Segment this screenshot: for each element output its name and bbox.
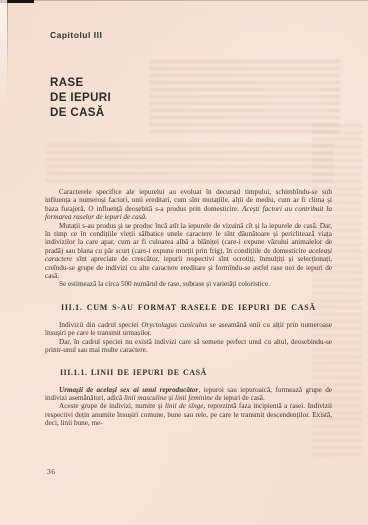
- page-gutter: [0, 0, 7, 120]
- bleed-through-text: [46, 140, 334, 184]
- chapter-title-line: DE IEPURI: [50, 91, 111, 106]
- paragraph-text-italic: linii feminine: [175, 394, 213, 402]
- paragraph-text: Dar, în cadrul speciei nu există indiviz…: [45, 338, 332, 354]
- body-paragraph: Indivizii din cadrul speciei Oryctolagus…: [45, 321, 332, 338]
- bleed-through-text: [150, 56, 340, 134]
- subsection-heading: III.1.1. LINII DE IEPURI DE CASĂ: [60, 368, 332, 377]
- body-paragraph: Aceste grupe de indivizi, numite și lini…: [45, 402, 332, 427]
- paragraph-text: Se estimează la circa 500 numărul de ras…: [59, 280, 270, 288]
- page-gutter-line: [7, 0, 8, 78]
- body-paragraph: Dar, în cadrul speciei nu există indiviz…: [45, 338, 332, 355]
- paragraph-text: de iepuri de casă.: [213, 394, 265, 402]
- body-paragraph: Caracterele specifice ale iepurelui au e…: [45, 188, 332, 222]
- body-paragraph: Mutații s-au produs și se produc încă at…: [45, 222, 332, 281]
- body-paragraph: Urmașii de același sex ai unui reproducă…: [45, 386, 332, 403]
- chapter-title-line: DE CASĂ: [50, 106, 111, 121]
- paragraph-text: Mutații s-au produs și se produc încă at…: [45, 222, 332, 255]
- paragraph-text-italic: linii masculine: [124, 394, 167, 402]
- page-number: 36: [47, 467, 56, 476]
- book-page: Capitolul III RASE DE IEPURI DE CASĂ Car…: [0, 0, 368, 525]
- paragraph-text: sînt apreciate de crescător, iepurii res…: [45, 255, 332, 280]
- scan-top-edge: [0, 0, 368, 1]
- paragraph-text: Aceste grupe de indivizi, numite și: [59, 402, 165, 410]
- species-name-italic: Oryctolagus cuniculus: [141, 321, 207, 329]
- body-text: Caracterele specifice ale iepurelui au e…: [45, 188, 332, 428]
- paragraph-text: și: [167, 394, 175, 402]
- section-heading: III.1. CUM S-AU FORMAT RASELE DE IEPURI …: [61, 303, 332, 312]
- body-paragraph: Se estimează la circa 500 numărul de ras…: [45, 280, 332, 288]
- chapter-title-line: RASE: [50, 76, 111, 91]
- paragraph-text-bold-italic: Urmașii de același sex ai unui reproducă…: [59, 386, 198, 394]
- paragraph-text-italic: linii de sînge: [165, 402, 203, 410]
- chapter-title: RASE DE IEPURI DE CASĂ: [50, 76, 111, 121]
- chapter-label: Capitolul III: [50, 30, 102, 40]
- paragraph-text: Indivizii din cadrul speciei: [59, 321, 141, 329]
